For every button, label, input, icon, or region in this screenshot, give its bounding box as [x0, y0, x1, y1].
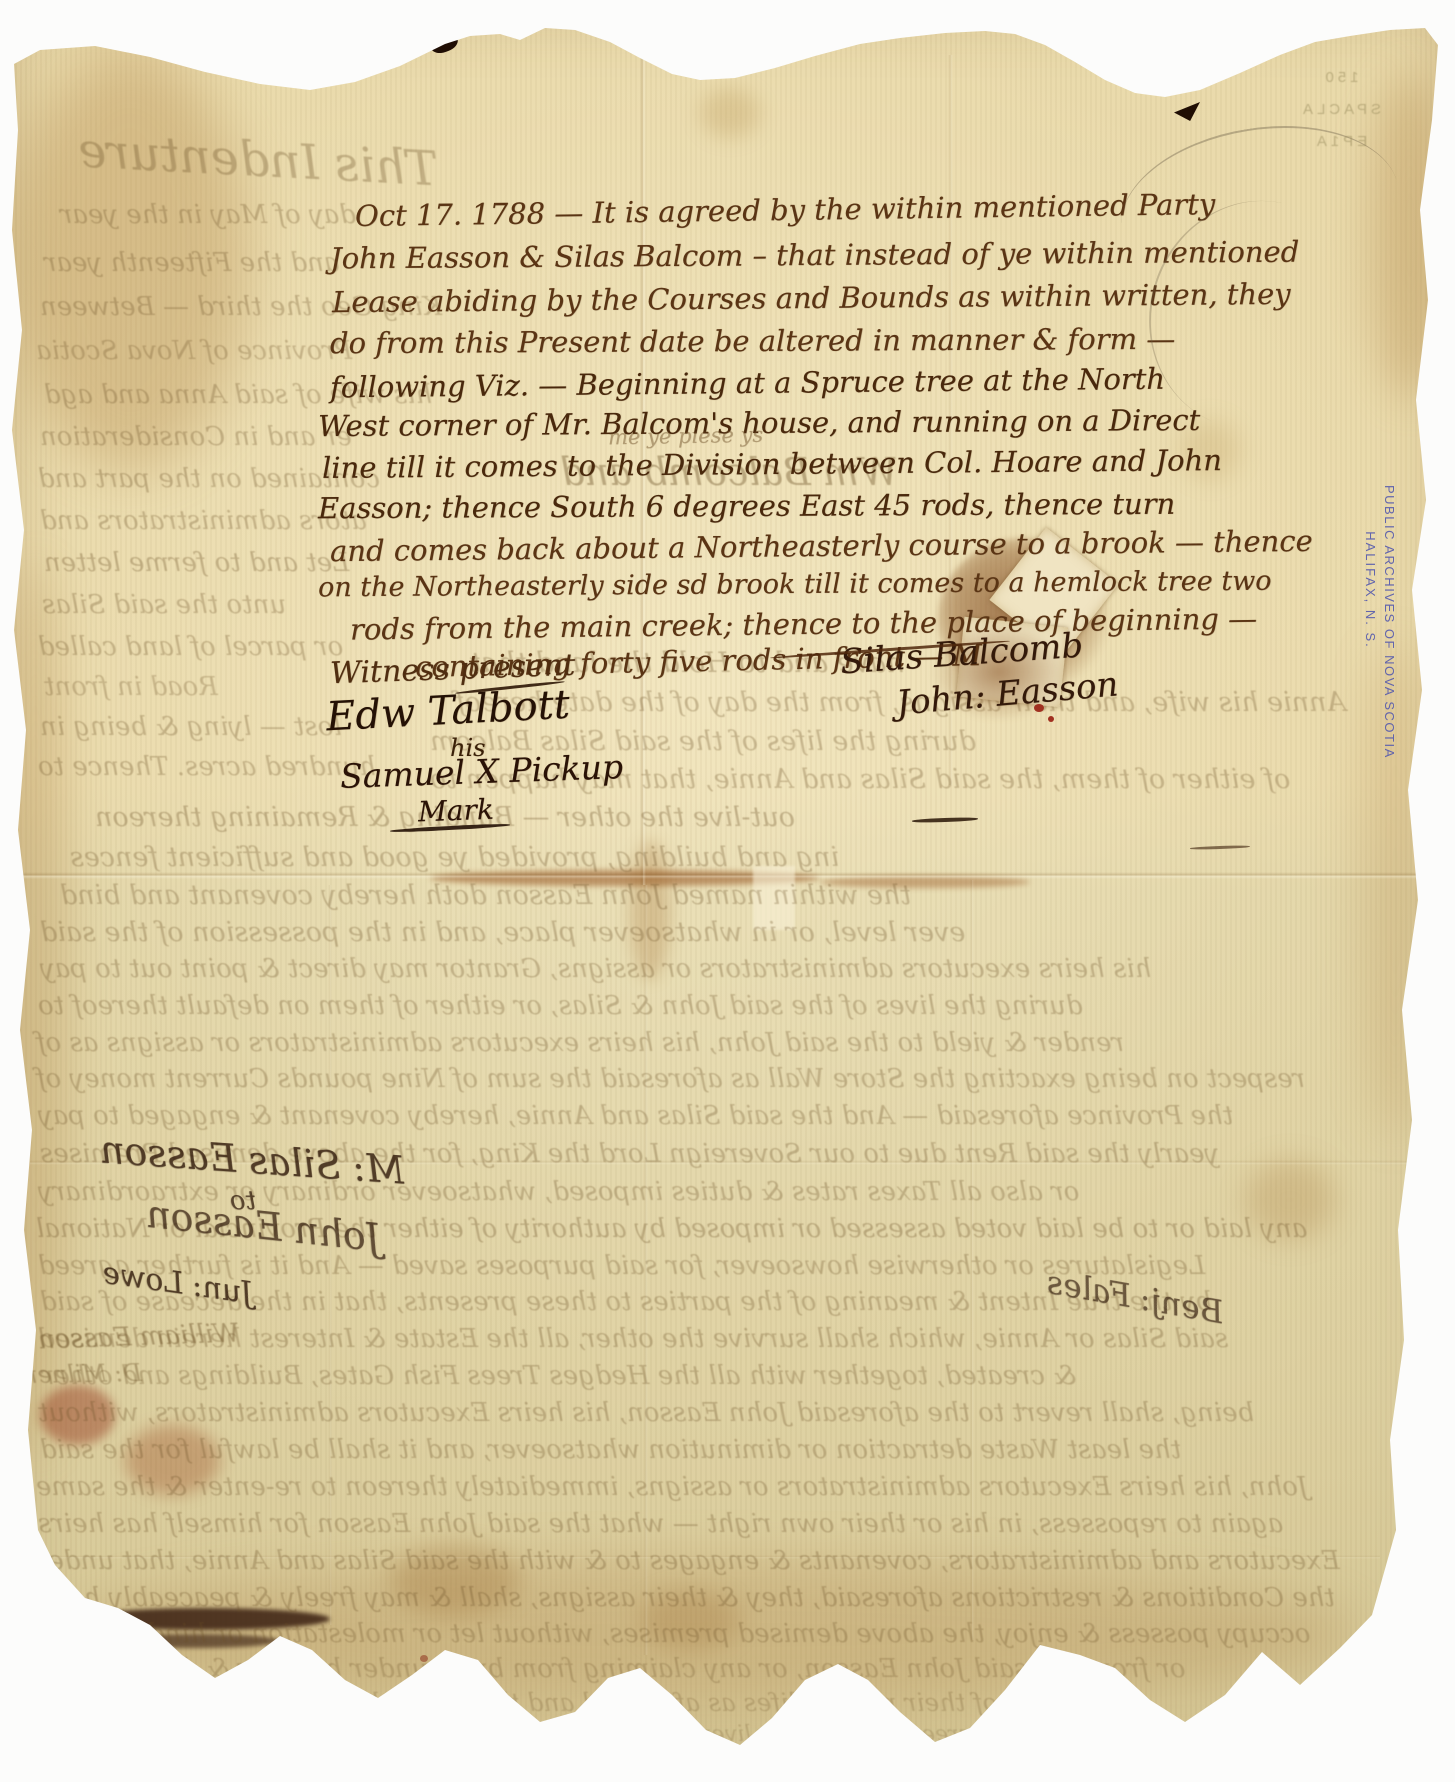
pen-stroke: [912, 817, 978, 823]
pen-stroke: [390, 823, 510, 833]
embossed-marks: 150 SPACLA EP1A: [1250, 62, 1430, 158]
red-speck: [452, 1700, 462, 1709]
embossed-line: 150: [1250, 62, 1430, 94]
stamp-line-1: PUBLIC ARCHIVES OF NOVA SCOTIA: [1382, 485, 1397, 695]
embossed-line: EP1A: [1250, 126, 1430, 158]
red-speck: [500, 1710, 506, 1716]
red-speck: [470, 1738, 478, 1746]
pen-stroke: [1190, 845, 1250, 850]
manuscript-page: This Indentureday of May in the yearand …: [0, 0, 1455, 1782]
pen-stroke: [770, 640, 1010, 660]
pen-stroke: [455, 680, 565, 694]
embossed-line: SPACLA: [1250, 94, 1430, 126]
stamp-line-2: HALIFAX, N. S.: [1363, 485, 1378, 695]
archives-stamp: PUBLIC ARCHIVES OF NOVA SCOTIA HALIFAX, …: [1349, 485, 1397, 695]
scanner-background: This Indentureday of May in the yearand …: [0, 0, 1455, 1782]
red-speck: [430, 1688, 444, 1700]
